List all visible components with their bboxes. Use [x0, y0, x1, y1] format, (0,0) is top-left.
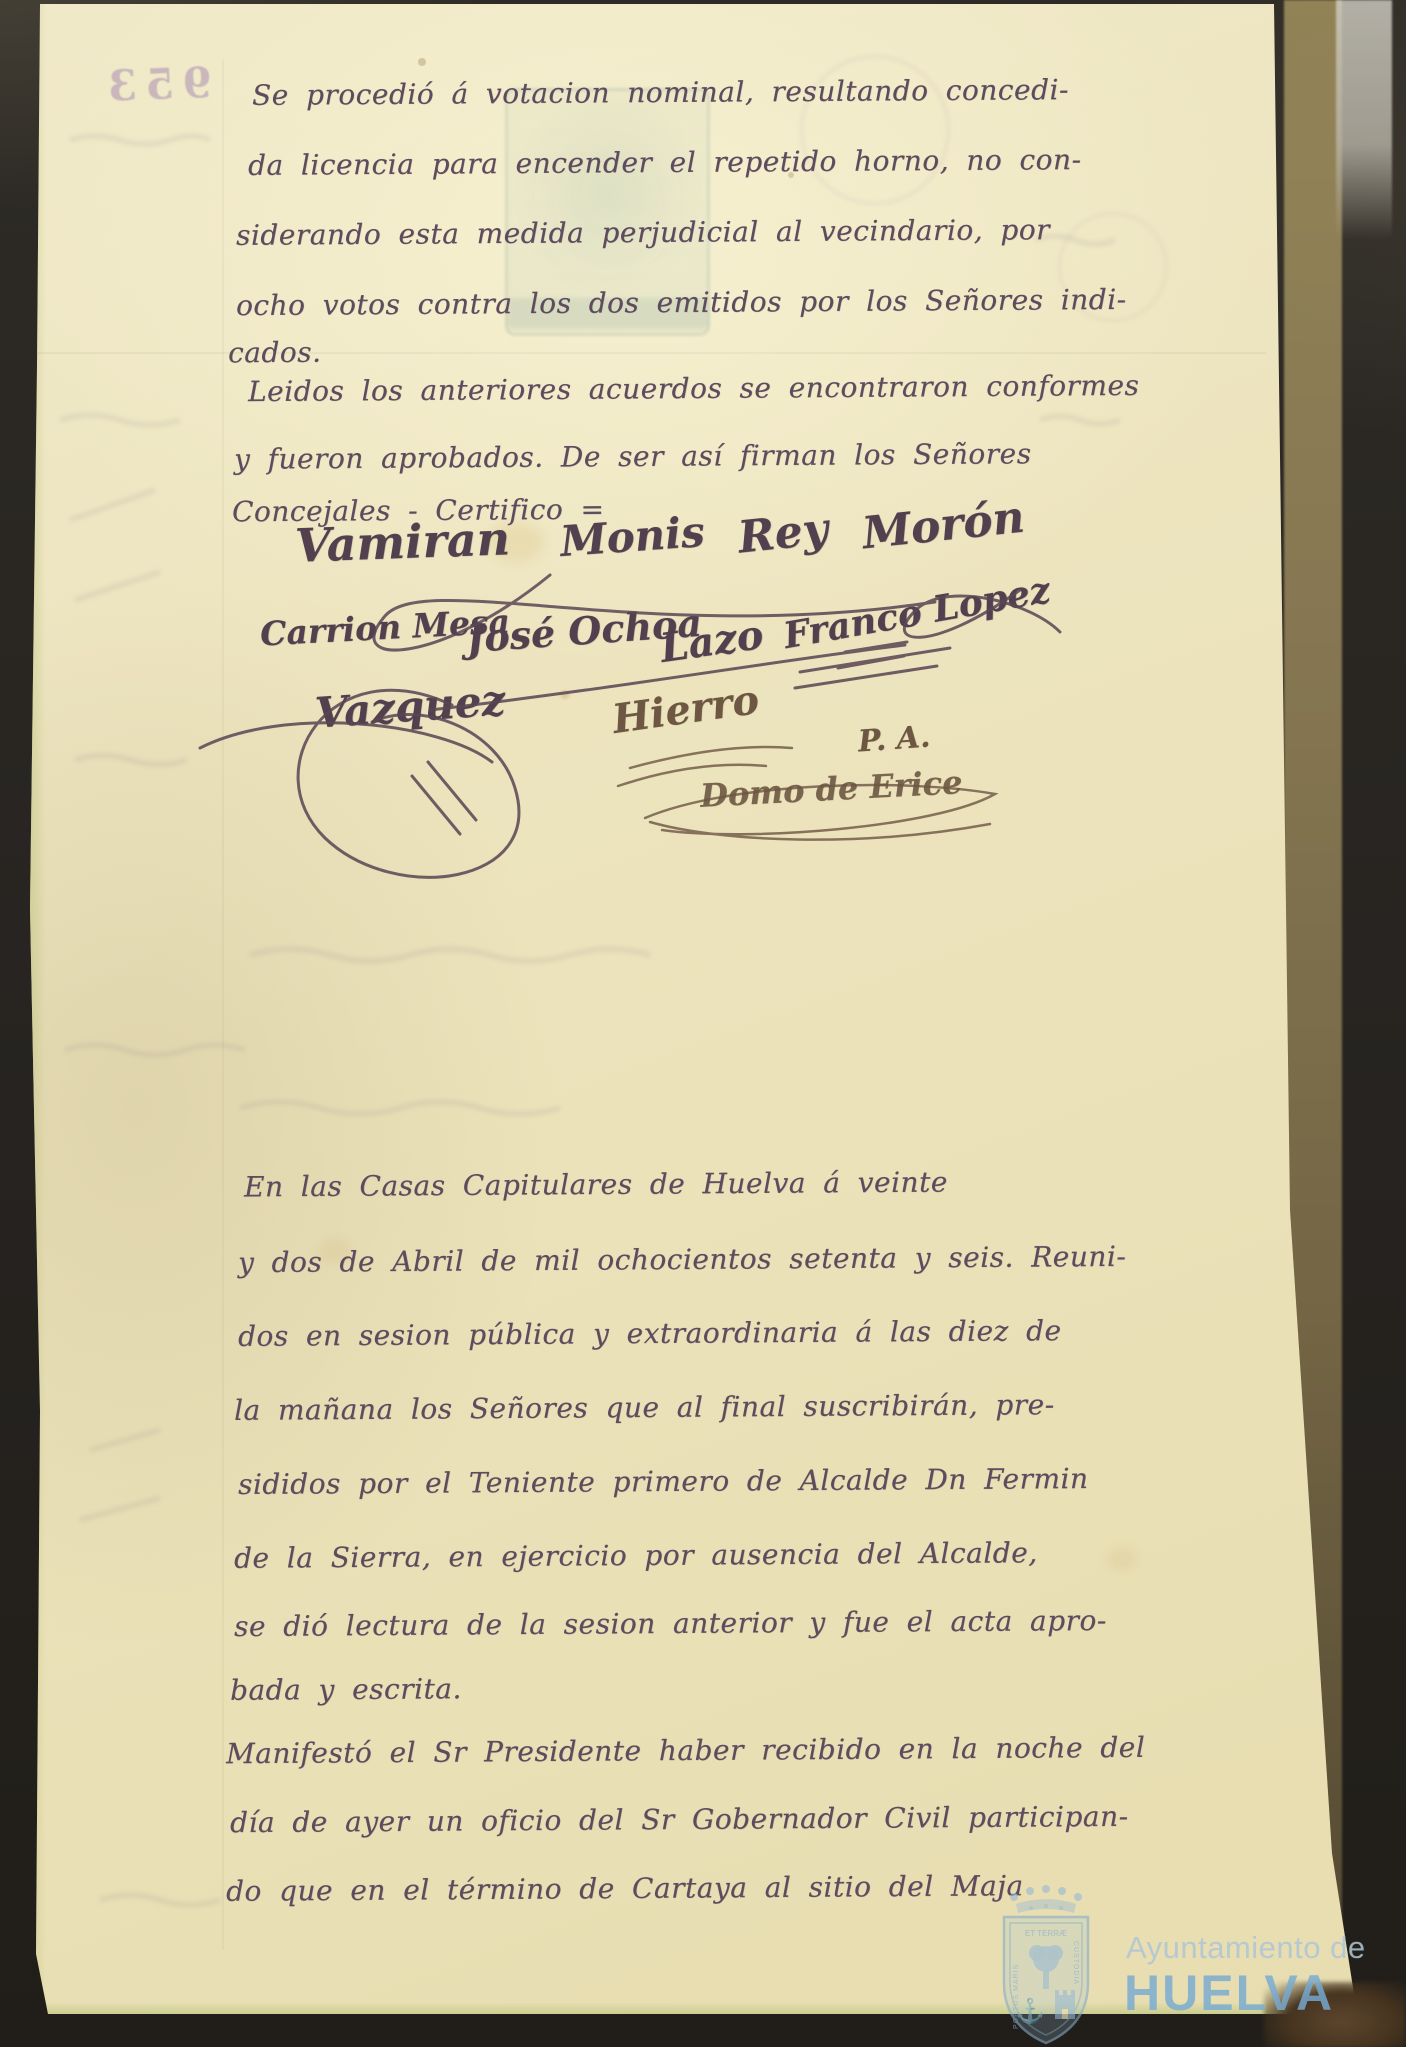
castle-icon	[1055, 1990, 1075, 2019]
watermark-org-name: Ayuntamiento de	[1126, 1930, 1366, 1966]
huelva-crest-icon: ET TERRÆ ⚓ PORTUS MARIS CUSTODIA	[986, 1882, 1106, 2047]
crown-icon	[1010, 1885, 1082, 1913]
crest-motto-right: CUSTODIA	[1072, 1941, 1079, 1985]
crest-motto-left: PORTUS MARIS	[1013, 1964, 1020, 2029]
watermark-city-name: HUELVA	[1124, 1964, 1334, 2022]
crest-motto-top: ET TERRÆ	[1025, 1929, 1067, 1938]
scanned-document-background: 953 Se procedió á votacion nominal, resu…	[0, 0, 1406, 2047]
signature-flourishes	[0, 0, 1406, 2047]
